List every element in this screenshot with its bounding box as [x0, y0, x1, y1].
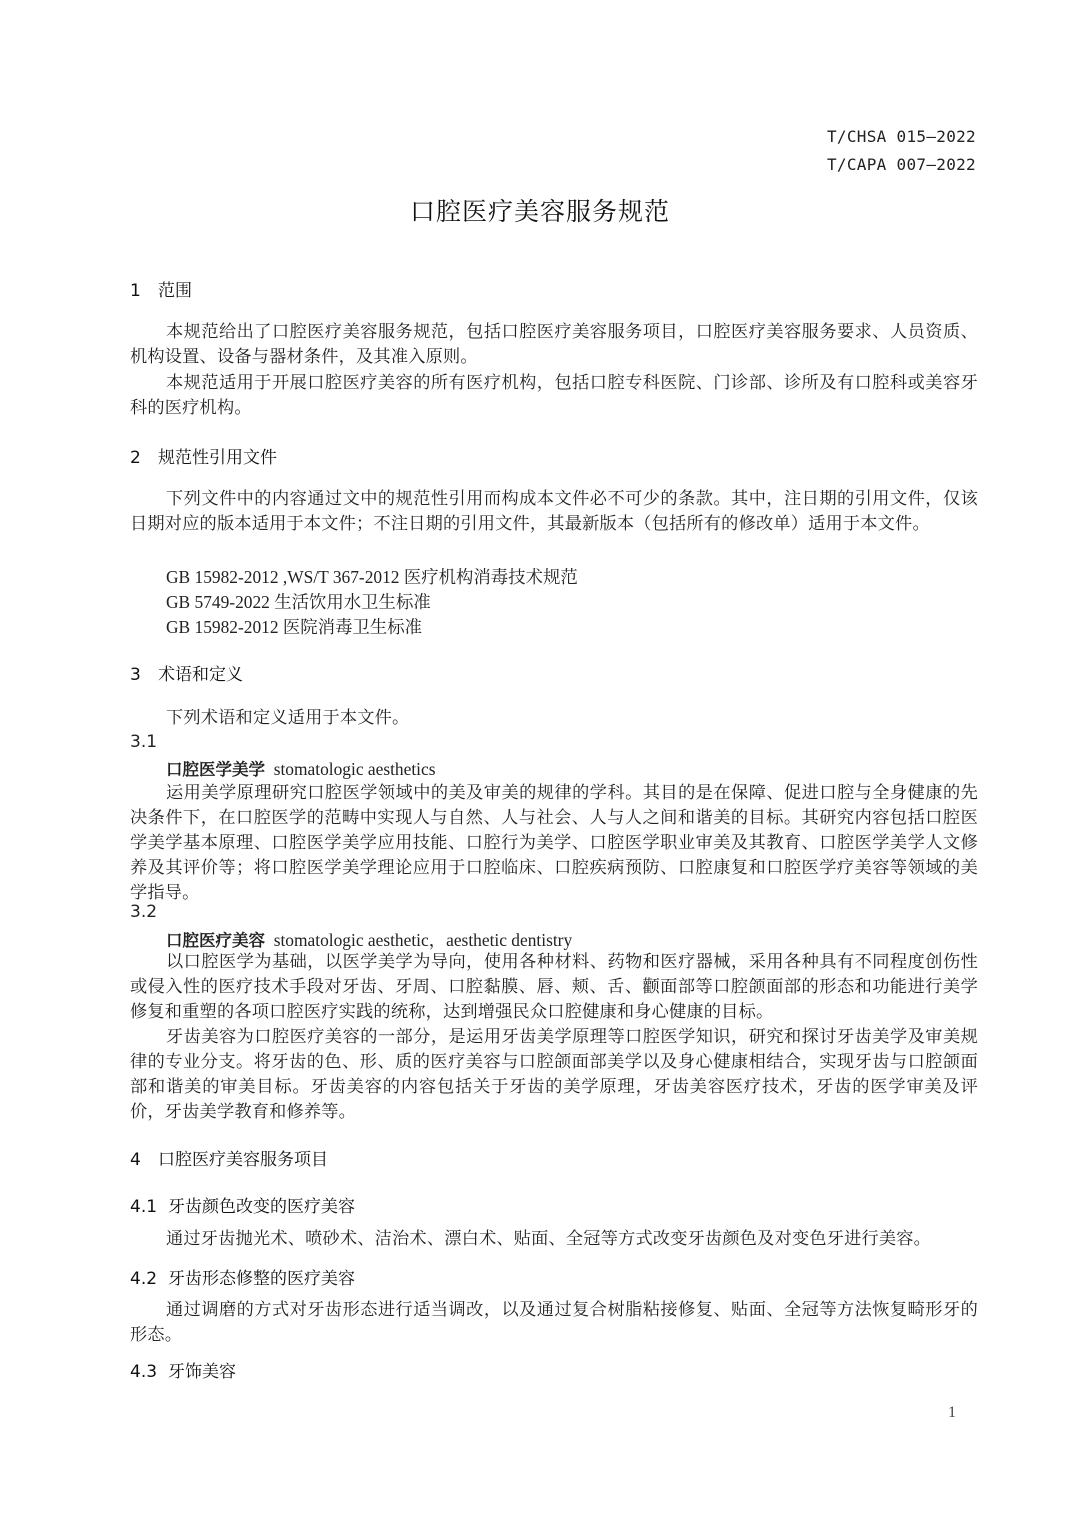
reference-item: GB 15982-2012 医院消毒卫生标准: [166, 613, 422, 638]
paragraph: 本规范适用于开展口腔医疗美容的所有医疗机构，包括口腔专科医院、门诊部、诊所及有口…: [130, 371, 978, 421]
term-definition: 以口腔医学为基础，以医学美学为导向，使用各种材料、药物和医疗器械，采用各种具有不…: [130, 950, 978, 1025]
paragraph: 下列术语和定义适用于本文件。: [130, 706, 978, 731]
subsection-heading-4-2: 4.2牙齿形态修整的医疗美容: [130, 1264, 355, 1289]
section-number: 1: [130, 281, 158, 301]
section-heading-2: 2规范性引用文件: [130, 443, 277, 468]
term-number: 3.1: [130, 732, 157, 752]
subsection-title: 牙齿颜色改变的医疗美容: [168, 1197, 355, 1217]
subsection-number: 4.2: [130, 1269, 168, 1289]
section-number: 4: [130, 1150, 158, 1170]
term-en: stomatologic aesthetics: [274, 759, 436, 779]
paragraph: 通过牙齿抛光术、喷砂术、洁治术、漂白术、贴面、全冠等方式改变牙齿颜色及对变色牙进…: [130, 1227, 978, 1252]
subsection-number: 4.1: [130, 1197, 168, 1217]
term-entry: 口腔医疗美容 stomatologic aesthetic，aesthetic …: [166, 926, 572, 951]
subsection-title: 牙齿形态修整的医疗美容: [168, 1269, 355, 1289]
section-title: 术语和定义: [158, 665, 243, 685]
section-title: 规范性引用文件: [158, 448, 277, 468]
subsection-title: 牙饰美容: [168, 1362, 236, 1382]
reference-item: GB 5749-2022 生活饮用水卫生标准: [166, 588, 431, 613]
term-definition: 牙齿美容为口腔医疗美容的一部分，是运用牙齿美学原理等口腔医学知识，研究和探讨牙齿…: [130, 1025, 978, 1125]
term-definition: 运用美学原理研究口腔医学领域中的美及审美的规律的学科。其目的是在保障、促进口腔与…: [130, 781, 978, 906]
term-number: 3.2: [130, 902, 157, 922]
reference-item: GB 15982-2012 ,WS/T 367-2012 医疗机构消毒技术规范: [166, 563, 578, 588]
paragraph: 本规范给出了口腔医疗美容服务规范，包括口腔医疗美容服务项目，口腔医疗美容服务要求…: [130, 320, 978, 370]
section-heading-3: 3术语和定义: [130, 660, 243, 685]
subsection-heading-4-3: 4.3牙饰美容: [130, 1357, 236, 1382]
paragraph: 通过调磨的方式对牙齿形态进行适当调改，以及通过复合树脂粘接修复、贴面、全冠等方法…: [130, 1298, 978, 1348]
term-zh: 口腔医学美学: [166, 760, 265, 779]
document-title: 口腔医疗美容服务规范: [0, 192, 1080, 228]
section-title: 口腔医疗美容服务项目: [158, 1150, 328, 1170]
standard-code-capa: T/CAPA 007—2022: [827, 155, 976, 174]
term-zh: 口腔医疗美容: [166, 931, 265, 950]
document-page: T/CHSA 015—2022 T/CAPA 007—2022 口腔医疗美容服务…: [0, 0, 1080, 1527]
paragraph: 下列文件中的内容通过文中的规范性引用而构成本文件必不可少的条款。其中，注日期的引…: [130, 487, 978, 537]
term-entry: 口腔医学美学 stomatologic aesthetics: [166, 756, 436, 780]
subsection-number: 4.3: [130, 1362, 168, 1382]
standard-code-chsa: T/CHSA 015—2022: [827, 127, 976, 146]
page-number: 1: [948, 1404, 956, 1422]
section-number: 3: [130, 665, 158, 685]
term-en: stomatologic aesthetic，aesthetic dentist…: [274, 930, 572, 950]
section-heading-4: 4口腔医疗美容服务项目: [130, 1145, 328, 1170]
section-heading-1: 1范围: [130, 276, 192, 301]
section-title: 范围: [158, 281, 192, 301]
section-number: 2: [130, 448, 158, 468]
subsection-heading-4-1: 4.1牙齿颜色改变的医疗美容: [130, 1192, 355, 1217]
